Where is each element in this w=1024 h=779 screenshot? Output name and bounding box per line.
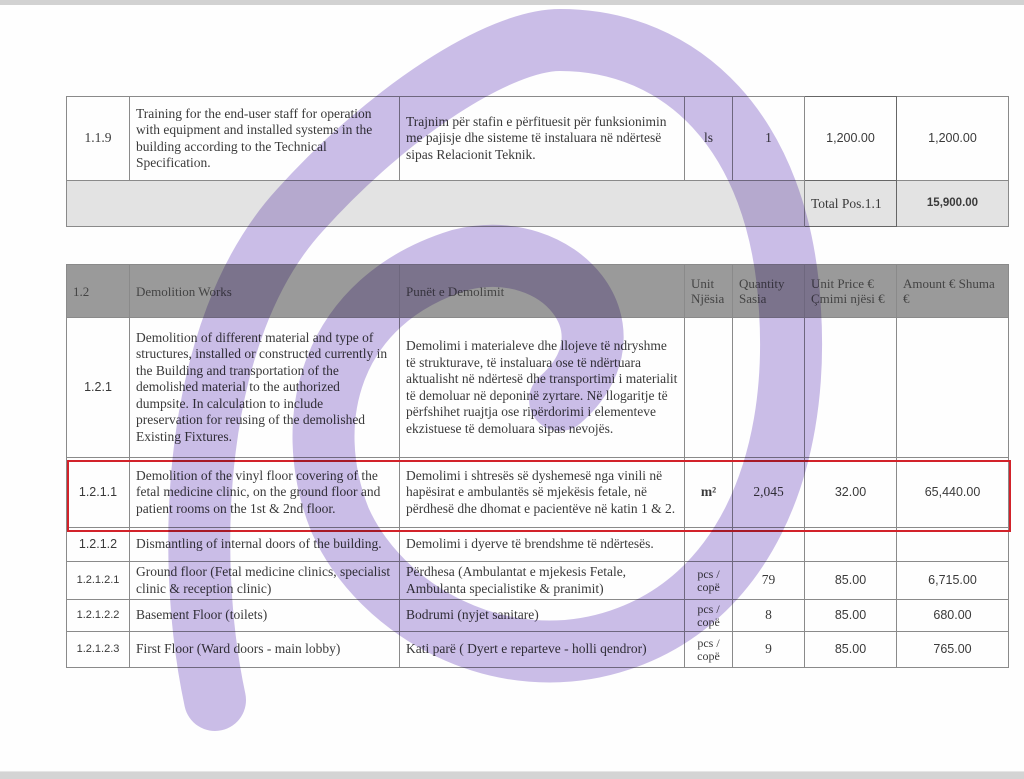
unit: pcs / copë (685, 562, 733, 600)
header-quantity: Quantity Sasia (733, 265, 805, 318)
total-row: Total Pos.1.1 15,900.00 (67, 181, 1009, 227)
unit-price (805, 528, 897, 562)
unit-price (805, 318, 897, 458)
bill-of-quantities-table-1-2: 1.2 Demolition Works Punët e Demolimit U… (66, 264, 1009, 668)
description-sq: Kati parë ( Dyert e reparteve - holli qe… (400, 632, 685, 668)
viewer-top-bar (0, 0, 1024, 5)
total-label: Total Pos.1.1 (805, 181, 897, 227)
description-en: Basement Floor (toilets) (130, 600, 400, 632)
unit-price: 85.00 (805, 562, 897, 600)
unit: m² (685, 458, 733, 528)
header-code: 1.2 (67, 265, 130, 318)
item-code: 1.2.1.2 (67, 528, 130, 562)
table-row-highlighted: 1.2.1.1 Demolition of the vinyl floor co… (67, 458, 1009, 528)
header-amount: Amount € Shuma € (897, 265, 1009, 318)
description-en: Training for the end-user staff for oper… (130, 97, 400, 181)
unit (685, 318, 733, 458)
table-row: 1.1.9 Training for the end-user staff fo… (67, 97, 1009, 181)
total-spacer (67, 181, 805, 227)
table-row: 1.2.1.2.2 Basement Floor (toilets) Bodru… (67, 600, 1009, 632)
header-title-sq: Punët e Demolimit (400, 265, 685, 318)
header-unit-price: Unit Price € Çmimi njësi € (805, 265, 897, 318)
table-row: 1.2.1.2 Dismantling of internal doors of… (67, 528, 1009, 562)
unit-price: 85.00 (805, 632, 897, 668)
quantity (733, 318, 805, 458)
header-unit: Unit Njësia (685, 265, 733, 318)
quantity: 2,045 (733, 458, 805, 528)
table-row: 1.2.1.2.3 First Floor (Ward doors - main… (67, 632, 1009, 668)
description-en: Dismantling of internal doors of the bui… (130, 528, 400, 562)
table-row: 1.2.1.2.1 Ground floor (Fetal medicine c… (67, 562, 1009, 600)
header-title-en: Demolition Works (130, 265, 400, 318)
item-code: 1.2.1.2.1 (67, 562, 130, 600)
amount (897, 318, 1009, 458)
unit: pcs / copë (685, 632, 733, 668)
amount: 6,715.00 (897, 562, 1009, 600)
description-sq: Demolimi i dyerve të brendshme të ndërte… (400, 528, 685, 562)
description-sq: Trajnim për stafin e përfituesit për fun… (400, 97, 685, 181)
item-code: 1.1.9 (67, 97, 130, 181)
unit-price: 85.00 (805, 600, 897, 632)
quantity: 1 (733, 97, 805, 181)
unit: pcs / copë (685, 600, 733, 632)
description-en: First Floor (Ward doors - main lobby) (130, 632, 400, 668)
item-code: 1.2.1.2.2 (67, 600, 130, 632)
unit-price: 32.00 (805, 458, 897, 528)
quantity: 79 (733, 562, 805, 600)
amount: 765.00 (897, 632, 1009, 668)
description-sq: Demolimi i materialeve dhe llojeve të nd… (400, 318, 685, 458)
description-en: Demolition of the vinyl floor covering o… (130, 458, 400, 528)
description-sq: Demolimi i shtresës së dyshemesë nga vin… (400, 458, 685, 528)
description-en: Ground floor (Fetal medicine clinics, sp… (130, 562, 400, 600)
total-value: 15,900.00 (897, 181, 1009, 227)
table-row: 1.2.1 Demolition of different material a… (67, 318, 1009, 458)
quantity (733, 528, 805, 562)
amount: 65,440.00 (897, 458, 1009, 528)
unit-price: 1,200.00 (805, 97, 897, 181)
description-sq: Bodrumi (nyjet sanitare) (400, 600, 685, 632)
viewer-bottom-bar (0, 771, 1024, 779)
bill-of-quantities-table-1-1: 1.1.9 Training for the end-user staff fo… (66, 96, 1009, 227)
item-code: 1.2.1.1 (67, 458, 130, 528)
amount (897, 528, 1009, 562)
table-header-row: 1.2 Demolition Works Punët e Demolimit U… (67, 265, 1009, 318)
unit: ls (685, 97, 733, 181)
amount: 1,200.00 (897, 97, 1009, 181)
unit (685, 528, 733, 562)
description-sq: Përdhesa (Ambulantat e mjekesis Fetale, … (400, 562, 685, 600)
quantity: 8 (733, 600, 805, 632)
item-code: 1.2.1 (67, 318, 130, 458)
amount: 680.00 (897, 600, 1009, 632)
quantity: 9 (733, 632, 805, 668)
description-en: Demolition of different material and typ… (130, 318, 400, 458)
item-code: 1.2.1.2.3 (67, 632, 130, 668)
